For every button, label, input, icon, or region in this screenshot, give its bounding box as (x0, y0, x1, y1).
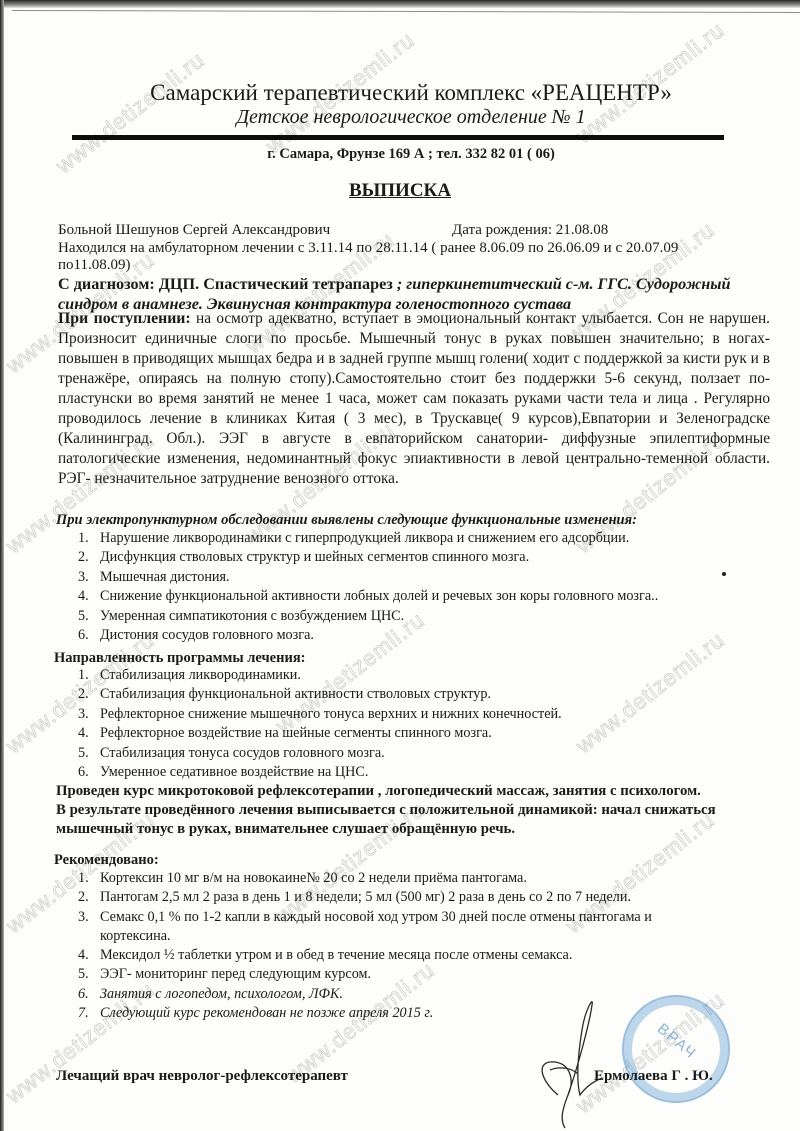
list-item: 2.Стабилизация функциональной активности… (78, 685, 562, 704)
doctor-role: Лечащий врач невролог-рефлексотерапевт (56, 1068, 348, 1085)
patient-name: Больной Шешунов Сергей Александрович (58, 222, 330, 239)
patient-birth-date: Дата рождения: 21.08.08 (452, 222, 608, 239)
organization-address: г. Самара, Фрунзе 169 А ; тел. 332 82 01… (0, 146, 800, 163)
list-item: 5.Умеренная симпатикотония с возбуждение… (78, 607, 658, 626)
stamp-text: ВРАЧ (654, 1020, 700, 1062)
list-item: 3.Мышечная дистония. (78, 568, 658, 587)
stamp-icon: ВРАЧ (622, 995, 730, 1103)
electropuncture-list: 1.Нарушение ликвородинамики с гиперпроду… (78, 529, 658, 645)
list-item: 5.Стабилизация тонуса сосудов головного … (78, 744, 562, 763)
organization-name: Самарский терапевтический комплекс «РЕАЦ… (0, 80, 800, 106)
list-item: 5.ЭЭГ- мониторинг перед следующим курсом… (78, 965, 660, 984)
list-item: 3.Семакс 0,1 % по 1-2 капли в каждый нос… (78, 908, 660, 946)
diagnosis-text: ; гиперкинетитческий с-м. ГГС. Судорожны… (397, 275, 731, 293)
result-line: В результате проведённого лечения выписы… (56, 801, 716, 821)
list-item: 1.Нарушение ликвородинамики с гиперпроду… (78, 529, 658, 548)
admission-text: на осмотр адекватно, вступает в эмоциона… (58, 310, 770, 487)
diagnosis: С диагнозом: ДЦП. Спастический тетрапаре… (58, 274, 798, 314)
doctor-name: Ермолаева Г . Ю. (594, 1068, 713, 1085)
list-item: 6.Дистония сосудов головного мозга. (78, 626, 658, 645)
electropuncture-heading: При электропунктурном обследовании выявл… (56, 512, 637, 529)
diagnosis-label: С диагнозом: ДЦП. Спастический тетрапаре… (58, 275, 397, 293)
document-title: ВЫПИСКА (0, 180, 800, 202)
list-item: 4.Снижение функциональной активности лоб… (78, 587, 658, 606)
treatment-period-cont: по11.08.09) (58, 257, 130, 274)
list-item: 4.Рефлекторное воздействие на шейные сег… (78, 724, 562, 743)
department-name: Детское неврологическое отделение № 1 (0, 106, 800, 129)
list-item: 4.Мексидол ½ таблетки утром и в обед в т… (78, 946, 660, 965)
scan-dot (722, 572, 726, 576)
scan-artifact-line (12, 10, 800, 13)
list-item: 2.Пантогам 2,5 мл 2 раза в день 1 и 8 не… (78, 888, 660, 907)
list-item: 1.Кортексин 10 мг в/м на новокаине№ 20 с… (78, 869, 660, 888)
scan-edge (0, 0, 4, 1131)
scan-edge (0, 0, 800, 8)
admission-paragraph: При поступлении: на осмотр адекватно, вс… (58, 309, 770, 489)
admission-label: При поступлении: (58, 310, 191, 327)
list-item: 1.Стабилизация ликвородинамики. (78, 666, 562, 685)
result-line: Проведен курс микротоковой рефлексотерап… (56, 782, 701, 802)
treatment-period: Находился на амбулаторном лечении с 3.11… (58, 240, 678, 257)
result-line: мышечный тонус в руках, внимательнее слу… (56, 820, 515, 840)
signature-icon (530, 1000, 620, 1130)
watermark: www.detizemli.ru (571, 627, 730, 759)
program-list: 1.Стабилизация ликвородинамики. 2.Стабил… (78, 666, 562, 782)
recommendations-heading: Рекомендовано: (54, 852, 159, 869)
list-item: 3.Рефлекторное снижение мышечного тонуса… (78, 705, 562, 724)
program-heading: Направленность программы лечения: (54, 650, 306, 667)
list-item: 6.Умеренное седативное воздействие на ЦН… (78, 763, 562, 782)
list-item: 2.Дисфункция стволовых структур и шейных… (78, 548, 658, 567)
header-rule (72, 135, 724, 140)
